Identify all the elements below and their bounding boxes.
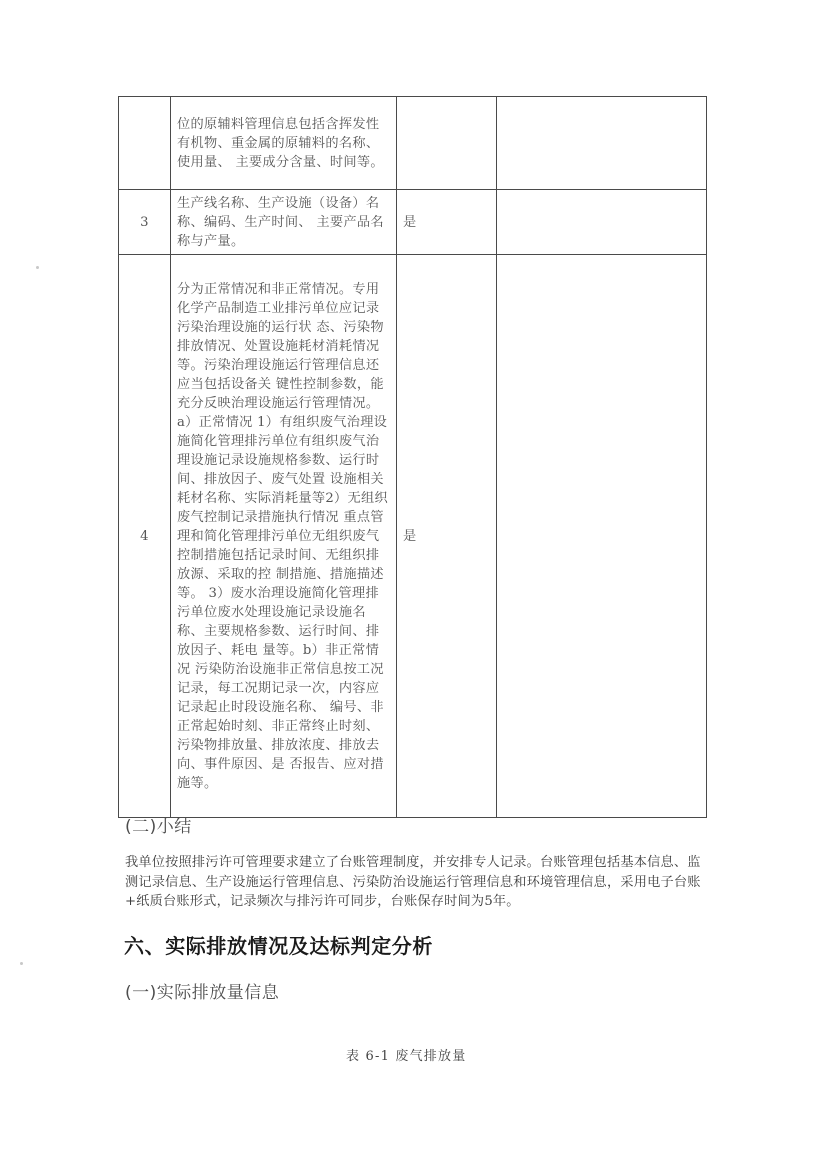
note-cell — [497, 255, 707, 818]
compliance-flag-cell: 是 — [397, 255, 497, 818]
note-cell — [497, 97, 707, 190]
table-row: 位的原辅料管理信息包括含挥发性有机物、重金属的原辅料的名称、使用量、 主要成分含… — [119, 97, 707, 190]
description-cell: 生产线名称、生产设施（设备）名称、编码、生产时间、 主要产品名称与产量。 — [171, 190, 397, 255]
row-number-cell: 4 — [119, 255, 171, 818]
scan-speck — [36, 266, 39, 269]
document-page: 位的原辅料管理信息包括含挥发性有机物、重金属的原辅料的名称、使用量、 主要成分含… — [0, 0, 826, 1169]
summary-heading: (二)小结 — [125, 812, 192, 837]
row-number-cell — [119, 97, 171, 190]
row-number-cell: 3 — [119, 190, 171, 255]
table-caption: 表 6-1 废气排放量 — [346, 1045, 466, 1064]
chapter-title: 六、实际排放情况及达标判定分析 — [124, 930, 433, 959]
description-cell: 分为正常情况和非正常情况。专用化学产品制造工业排污单位应记录污染治理设施的运行状… — [171, 255, 397, 818]
summary-paragraph: 我单位按照排污许可管理要求建立了台账管理制度，并安排专人记录。台账管理包括基本信… — [125, 853, 710, 912]
ledger-management-table: 位的原辅料管理信息包括含挥发性有机物、重金属的原辅料的名称、使用量、 主要成分含… — [118, 96, 707, 818]
note-cell — [497, 190, 707, 255]
scan-speck — [20, 962, 23, 965]
emission-heading: (一)实际排放量信息 — [125, 978, 279, 1003]
table-row: 4 分为正常情况和非正常情况。专用化学产品制造工业排污单位应记录污染治理设施的运… — [119, 255, 707, 818]
table-row: 3 生产线名称、生产设施（设备）名称、编码、生产时间、 主要产品名称与产量。 是 — [119, 190, 707, 255]
compliance-flag-cell: 是 — [397, 190, 497, 255]
description-cell: 位的原辅料管理信息包括含挥发性有机物、重金属的原辅料的名称、使用量、 主要成分含… — [171, 97, 397, 190]
compliance-flag-cell — [397, 97, 497, 190]
